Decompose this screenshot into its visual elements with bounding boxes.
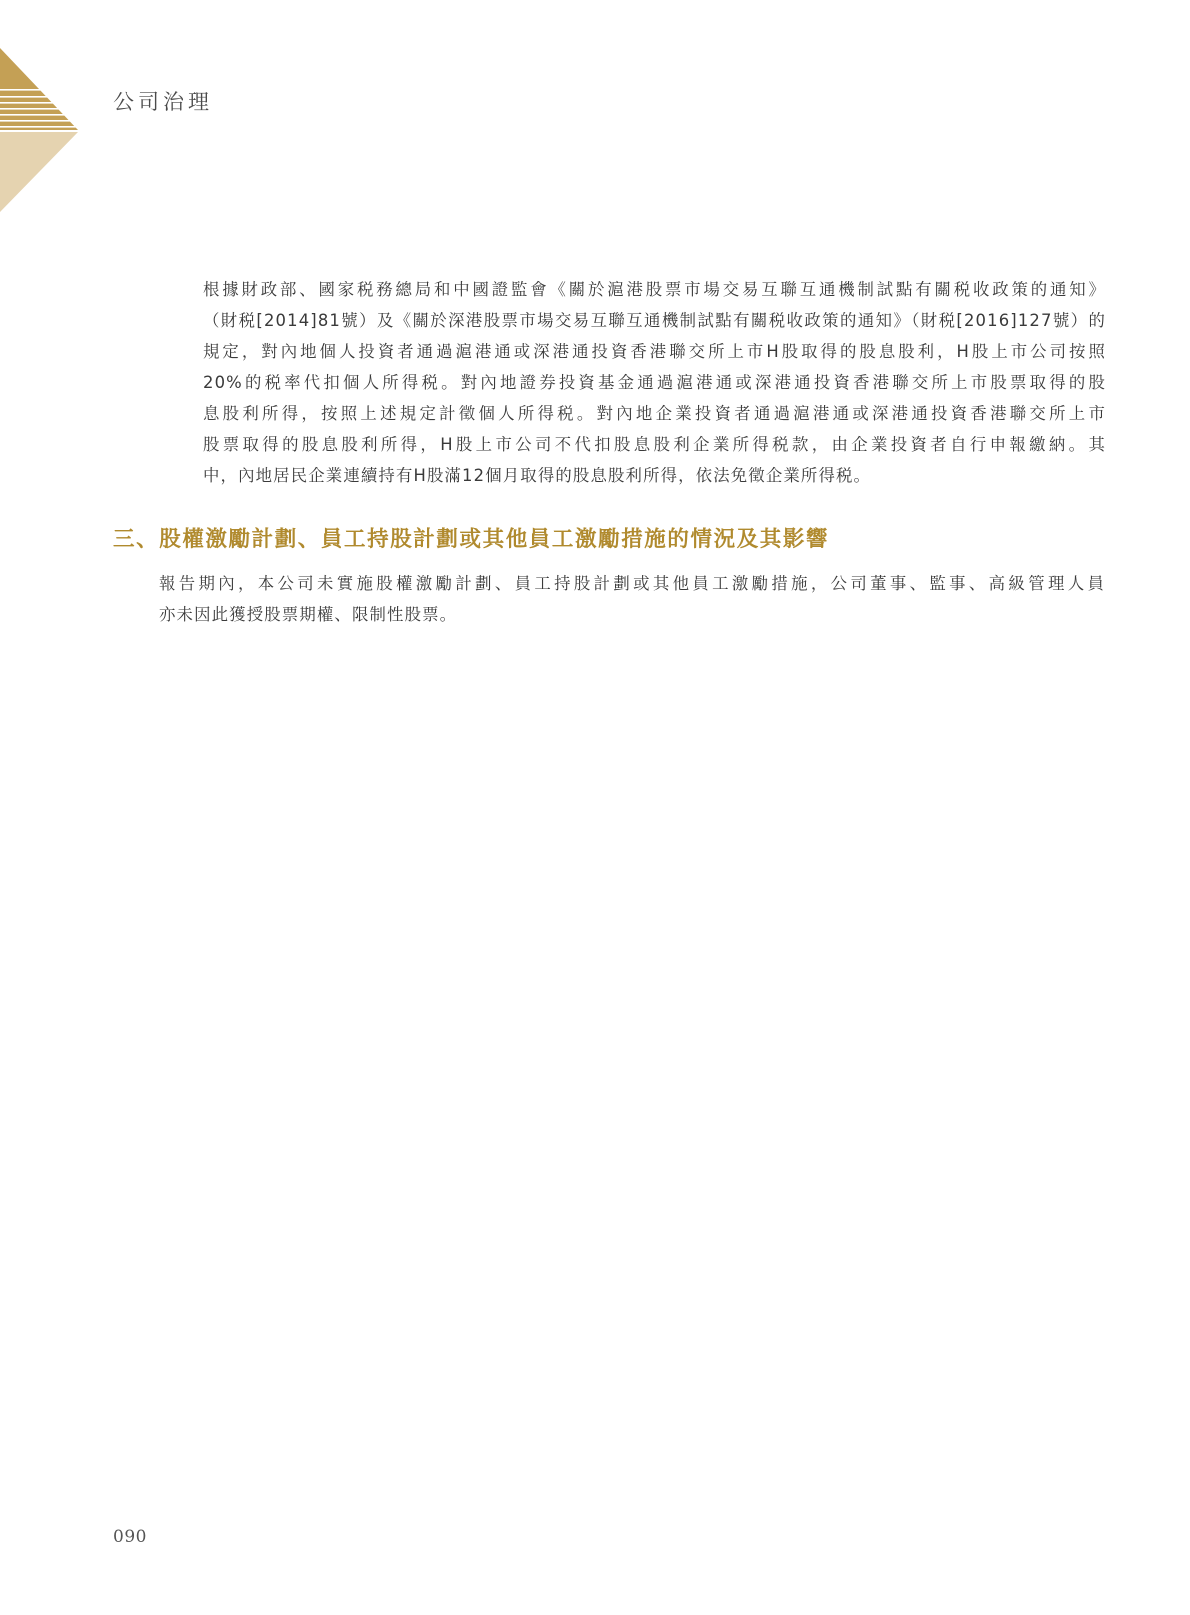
paragraph-line: 根據財政部、國家税務總局和中國證監會《關於滬港股票市場交易互聯互通機制試點有關税… <box>203 274 1106 305</box>
page-number: 090 <box>113 1527 147 1547</box>
paragraph-line: 息股利所得，按照上述規定計徵個人所得税。對內地企業投資者通過滬港通或深港通投資香… <box>203 398 1106 429</box>
paragraph-line: 中，內地居民企業連續持有H股滿12個月取得的股息股利所得，依法免徵企業所得税。 <box>203 460 1106 491</box>
section-label: 公司治理 <box>113 86 213 116</box>
section-3-heading: 三、股權激勵計劃、員工持股計劃或其他員工激勵措施的情況及其影響 <box>113 522 829 553</box>
corner-triangle-decoration <box>0 48 80 212</box>
paragraph-line: （財税[2014]81號）及《關於深港股票市場交易互聯互通機制試點有關税收政策的… <box>203 305 1106 336</box>
paragraph-line: 規定，對內地個人投資者通過滬港通或深港通投資香港聯交所上市H股取得的股息股利，H… <box>203 336 1106 367</box>
paragraph-line: 股票取得的股息股利所得，H股上市公司不代扣股息股利企業所得税款，由企業投資者自行… <box>203 429 1106 460</box>
paragraph-line: 亦未因此獲授股票期權、限制性股票。 <box>159 599 1105 630</box>
paragraph-line: 報告期內，本公司未實施股權激勵計劃、員工持股計劃或其他員工激勵措施，公司董事、監… <box>159 568 1105 599</box>
tax-policy-paragraph: 根據財政部、國家税務總局和中國證監會《關於滬港股票市場交易互聯互通機制試點有關税… <box>203 274 1106 491</box>
incentive-paragraph: 報告期內，本公司未實施股權激勵計劃、員工持股計劃或其他員工激勵措施，公司董事、監… <box>159 568 1105 630</box>
paragraph-line: 20%的税率代扣個人所得税。對內地證券投資基金通過滬港通或深港通投資香港聯交所上… <box>203 367 1106 398</box>
